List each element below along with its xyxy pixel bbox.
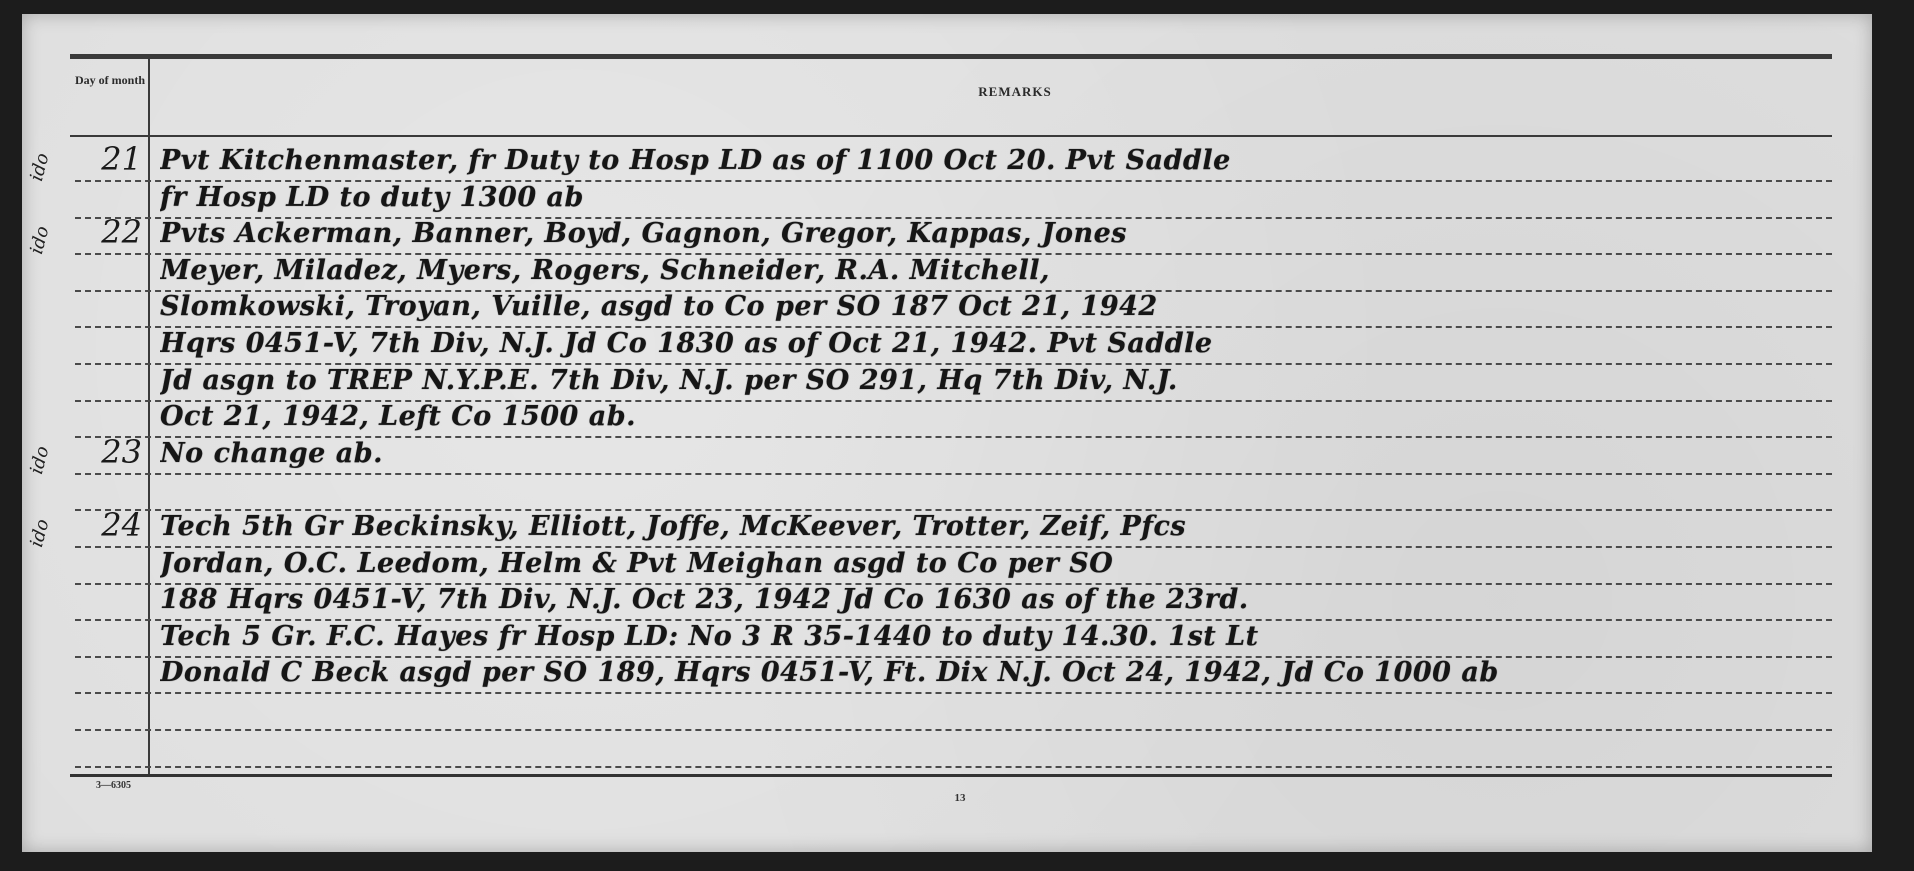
bottom-rule bbox=[70, 774, 1832, 777]
day-of-month: 22 bbox=[62, 213, 142, 251]
remark-line: No change ab. bbox=[160, 437, 1840, 471]
day-of-month-header: Day of month bbox=[74, 74, 146, 86]
remarks-header: REMARKS bbox=[900, 84, 1130, 100]
day-of-month: 21 bbox=[62, 140, 142, 178]
remark-line: Donald C Beck asgd per SO 189, Hqrs 0451… bbox=[160, 656, 1840, 690]
day-of-month: 23 bbox=[62, 433, 142, 471]
form-code: 3—6305 bbox=[96, 780, 131, 791]
page-number: 13 bbox=[948, 792, 972, 804]
remark-line: fr Hosp LD to duty 1300 ab bbox=[160, 181, 1840, 215]
remark-line: Jd asgn to TREP N.Y.P.E. 7th Div, N.J. p… bbox=[160, 364, 1840, 398]
ruled-line bbox=[75, 692, 1832, 694]
remark-line: Pvt Kitchenmaster, fr Duty to Hosp LD as… bbox=[160, 144, 1840, 178]
remark-line: Oct 21, 1942, Left Co 1500 ab. bbox=[160, 400, 1840, 434]
remark-line: Hqrs 0451-V, 7th Div, N.J. Jd Co 1830 as… bbox=[160, 327, 1840, 361]
remark-line: Pvts Ackerman, Banner, Boyd, Gagnon, Gre… bbox=[160, 217, 1840, 251]
header-rule bbox=[70, 135, 1832, 137]
day-of-month: 24 bbox=[62, 506, 142, 544]
remark-line: Jordan, O.C. Leedom, Helm & Pvt Meighan … bbox=[160, 547, 1840, 581]
top-rule bbox=[70, 54, 1832, 59]
remark-line: Meyer, Miladez, Myers, Rogers, Schneider… bbox=[160, 254, 1840, 288]
ruled-line bbox=[75, 729, 1832, 731]
remark-line: Slomkowski, Troyan, Vuille, asgd to Co p… bbox=[160, 290, 1840, 324]
ruled-line bbox=[75, 766, 1832, 768]
ruled-line bbox=[75, 473, 1832, 475]
column-divider bbox=[148, 58, 150, 774]
remark-line: Tech 5 Gr. F.C. Hayes fr Hosp LD: No 3 R… bbox=[160, 620, 1840, 654]
remark-line: Tech 5th Gr Beckinsky, Elliott, Joffe, M… bbox=[160, 510, 1840, 544]
remark-line: 188 Hqrs 0451-V, 7th Div, N.J. Oct 23, 1… bbox=[160, 583, 1840, 617]
